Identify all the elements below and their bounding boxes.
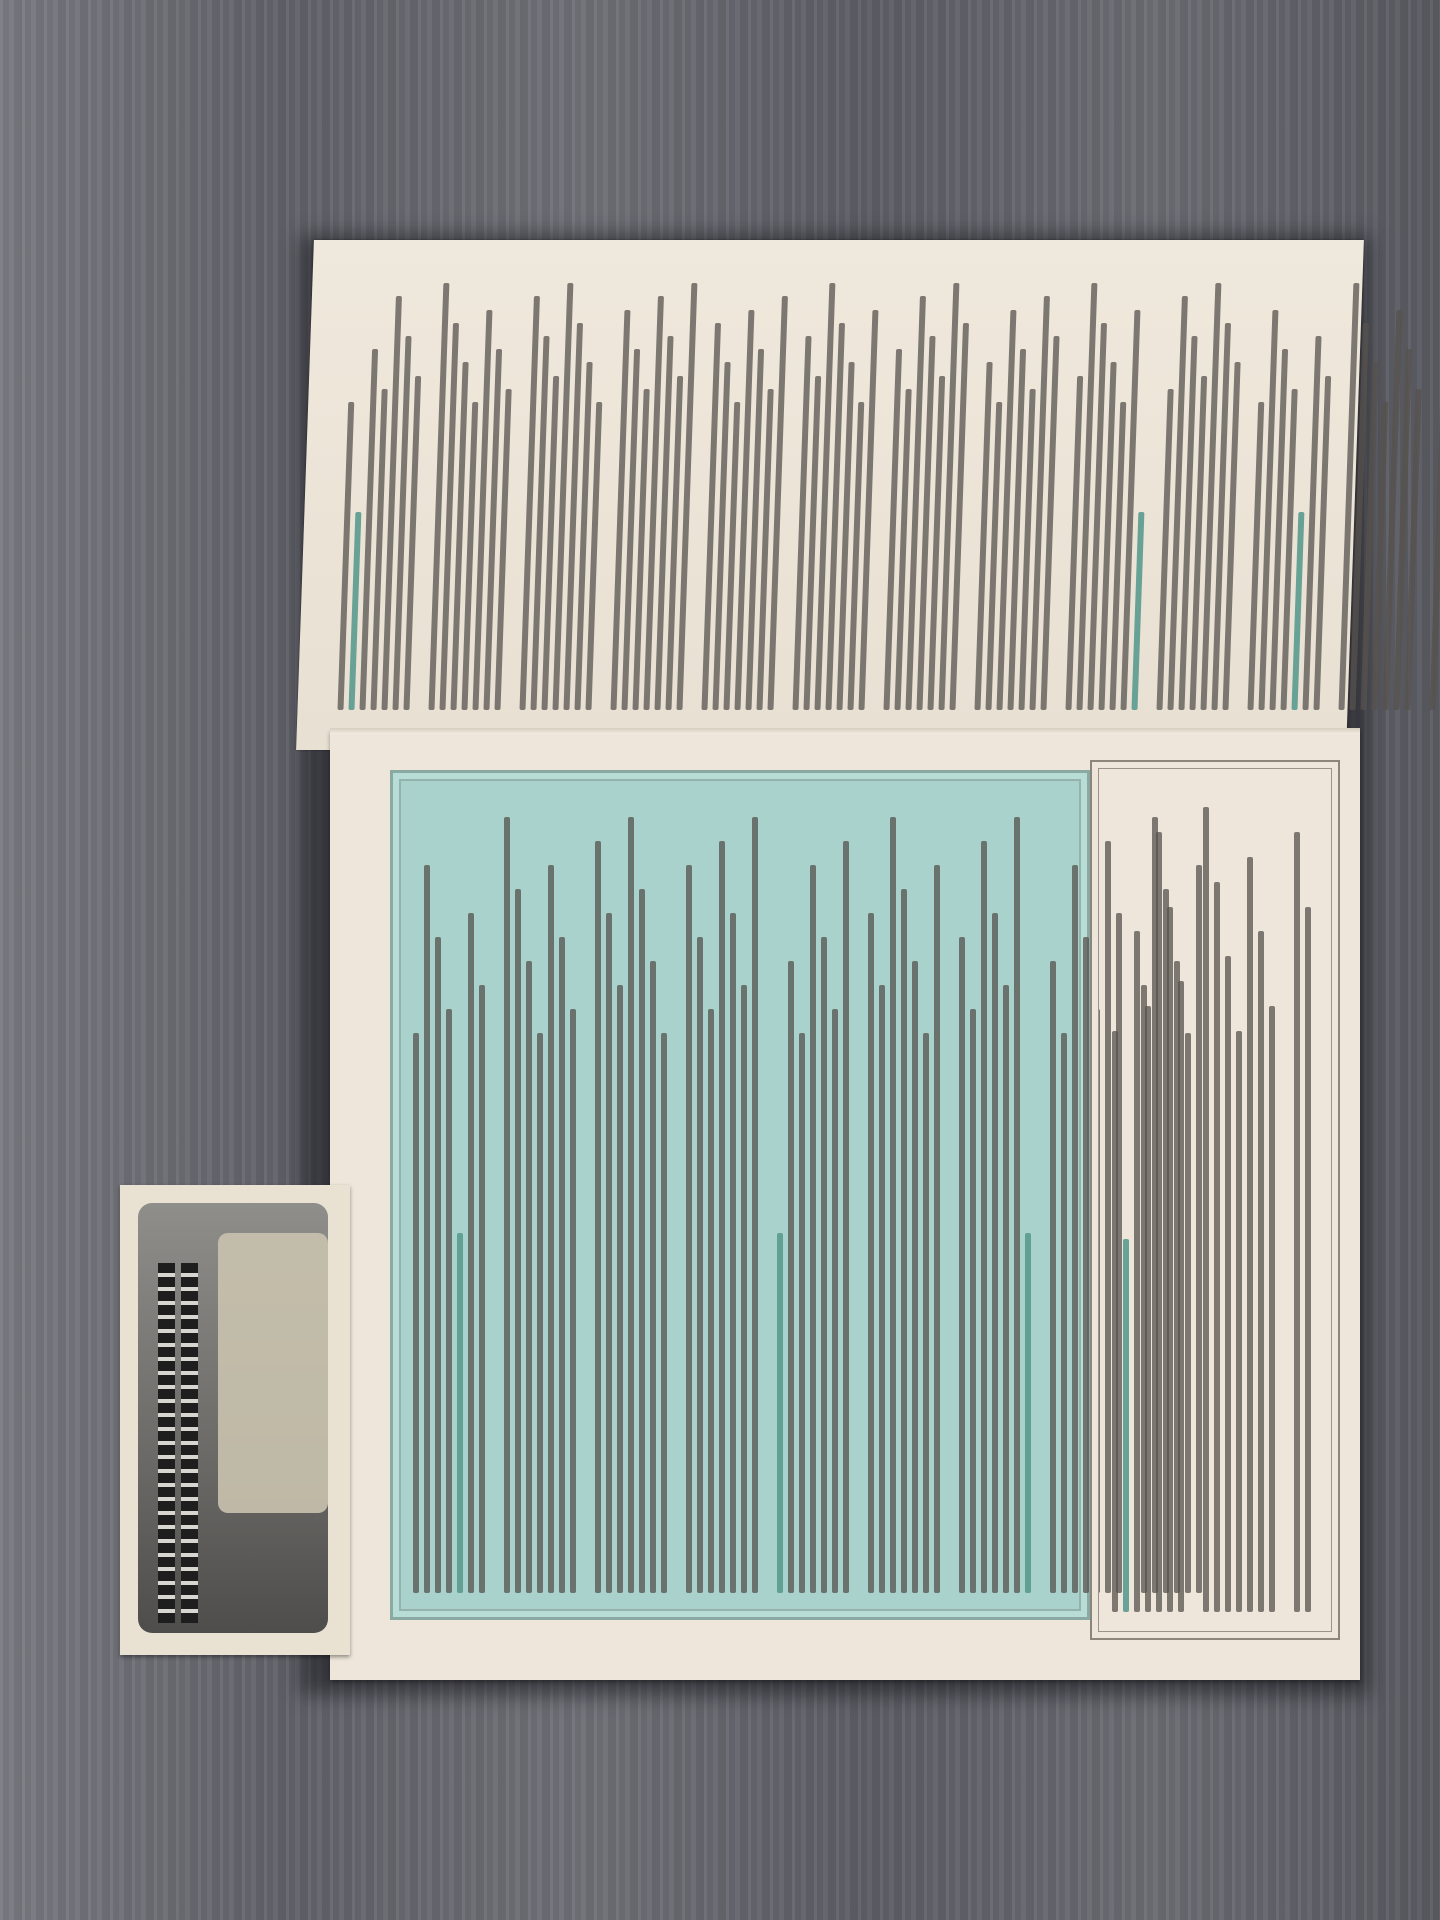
- text-line: [1258, 931, 1264, 1612]
- text-line: [730, 913, 736, 1593]
- text-line: [559, 937, 565, 1593]
- text-line: [1123, 1239, 1129, 1613]
- card-title-text: [158, 1263, 198, 1623]
- text-line: [1291, 512, 1304, 710]
- text-line: [858, 310, 878, 710]
- text-line: [934, 865, 940, 1593]
- text-line: [708, 1009, 714, 1593]
- text-line: [1305, 907, 1311, 1613]
- text-line: [1145, 1006, 1151, 1612]
- text-line: [1156, 832, 1162, 1612]
- text-line: [1236, 1031, 1242, 1612]
- text-line: [959, 937, 965, 1593]
- text-line: [1203, 807, 1209, 1612]
- text-line: [843, 841, 849, 1593]
- assignment-box: [illegible title]: [1090, 760, 1340, 1640]
- text-line: [741, 985, 747, 1593]
- text-line: [446, 1009, 452, 1593]
- text-line: [981, 841, 987, 1593]
- booklet-fold: [330, 728, 1360, 734]
- text-line: [1247, 857, 1253, 1612]
- box-text: [1112, 782, 1311, 1612]
- text-line: [879, 985, 885, 1593]
- text-line: [1214, 882, 1220, 1612]
- text-line: [1131, 512, 1144, 710]
- text-line: [650, 961, 656, 1593]
- text-line: [348, 512, 361, 710]
- text-line: [970, 1009, 976, 1593]
- text-line: [788, 961, 794, 1593]
- text-line: [468, 913, 474, 1593]
- booklet-top-leaf: [illegible heading]: [296, 240, 1364, 750]
- panel-text: [413, 793, 1202, 1593]
- text-line: [537, 1033, 543, 1593]
- text-line: [661, 1033, 667, 1593]
- warranty-panel: [illegible title]: [390, 770, 1090, 1620]
- text-line: [1134, 931, 1140, 1612]
- text-line: [1167, 907, 1173, 1613]
- printed-card: [illegible]: [120, 1185, 350, 1655]
- text-column: [337, 270, 1440, 710]
- text-line: [413, 1033, 419, 1593]
- text-line: [777, 1233, 783, 1593]
- text-line: [1269, 1006, 1275, 1612]
- text-line: [1083, 937, 1089, 1593]
- text-line: [901, 889, 907, 1593]
- text-line: [752, 817, 758, 1593]
- text-line: [1050, 961, 1056, 1593]
- text-line: [617, 985, 623, 1593]
- text-line: [435, 937, 441, 1593]
- text-line: [686, 865, 692, 1593]
- text-line: [799, 1033, 805, 1593]
- text-line: [810, 865, 816, 1593]
- text-line: [1014, 817, 1020, 1593]
- card-text-area: [218, 1233, 328, 1513]
- card-image: [138, 1203, 328, 1633]
- text-line: [479, 985, 485, 1593]
- text-line: [1225, 956, 1231, 1612]
- text-line: [639, 889, 645, 1593]
- text-line: [1178, 981, 1184, 1612]
- text-line: [570, 1009, 576, 1593]
- text-line: [992, 913, 998, 1593]
- text-line: [504, 817, 510, 1593]
- text-line: [697, 937, 703, 1593]
- text-line: [923, 1033, 929, 1593]
- text-line: [628, 817, 634, 1593]
- text-line: [868, 913, 874, 1593]
- text-line: [890, 817, 896, 1593]
- text-line: [832, 1009, 838, 1593]
- text-line: [767, 296, 787, 710]
- text-line: [424, 865, 430, 1593]
- text-line: [719, 841, 725, 1593]
- text-line: [1294, 832, 1300, 1612]
- text-line: [676, 283, 697, 710]
- text-line: [1429, 296, 1440, 710]
- text-line: [526, 961, 532, 1593]
- text-line: [1112, 1031, 1118, 1612]
- text-line: [1003, 985, 1009, 1593]
- text-line: [595, 841, 601, 1593]
- text-line: [548, 865, 554, 1593]
- text-line: [515, 889, 521, 1593]
- text-line: [606, 913, 612, 1593]
- text-line: [1061, 1033, 1067, 1593]
- text-line: [457, 1233, 463, 1593]
- text-line: [1025, 1233, 1031, 1593]
- text-line: [821, 937, 827, 1593]
- text-line: [912, 961, 918, 1593]
- text-line: [1072, 865, 1078, 1593]
